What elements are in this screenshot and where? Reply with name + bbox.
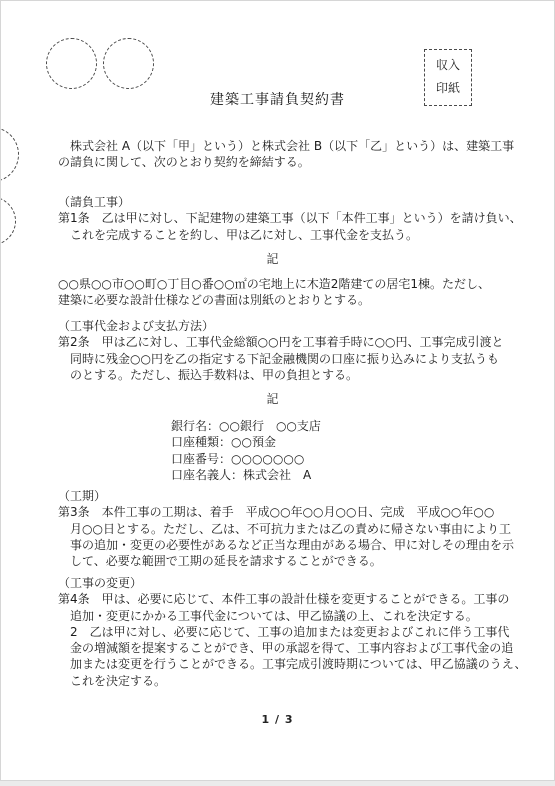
- edge-seal-circle-2: [0, 196, 16, 246]
- paragraph-intro: 株式会社 A（以下「甲」という）と株式会社 B（以下「乙」という）は、建築工事 …: [58, 138, 514, 171]
- ki-marker-2: 記: [58, 391, 487, 407]
- seal-placeholder-circle-1: [46, 38, 97, 89]
- contract-document-page: 収入 印紙 建築工事請負契約書 株式会社 A（以下「甲」という）と株式会社 B（…: [0, 0, 555, 781]
- document-title: 建築工事請負契約書: [1, 89, 554, 109]
- page-number: 1 / 3: [1, 713, 554, 726]
- section-work-changes: （工事の変更） 第4条 甲は、必要に応じて、本件工事の設計仕様を変更することがで…: [58, 575, 526, 689]
- revenue-stamp-line1: 収入: [425, 54, 471, 77]
- seal-placeholder-circle-2: [103, 38, 154, 89]
- edge-seal-circle-1: [0, 127, 19, 182]
- bank-account-details: 銀行名：○○銀行 ○○支店 口座種類：○○預金 口座番号：○○○○○○○ 口座名…: [171, 418, 321, 483]
- section-payment-terms: （工事代金および支払方法） 第2条 甲は乙に対し、工事代金総額○○円を工事着手時…: [58, 318, 504, 383]
- section-contracted-work: （請負工事） 第1条 乙は甲に対し、下記建物の建築工事（以下「本件工事」という）…: [58, 194, 522, 243]
- ki-marker-1: 記: [58, 251, 487, 267]
- paragraph-property-description: ○○県○○市○○町○丁目○番○○㎡の宅地上に木造2階建ての居宅1棟。ただし、 建…: [58, 276, 490, 309]
- section-construction-period: （工期） 第3条 本件工事の工期は、着手 平成○○年○○月○○日、完成 平成○○…: [58, 488, 514, 569]
